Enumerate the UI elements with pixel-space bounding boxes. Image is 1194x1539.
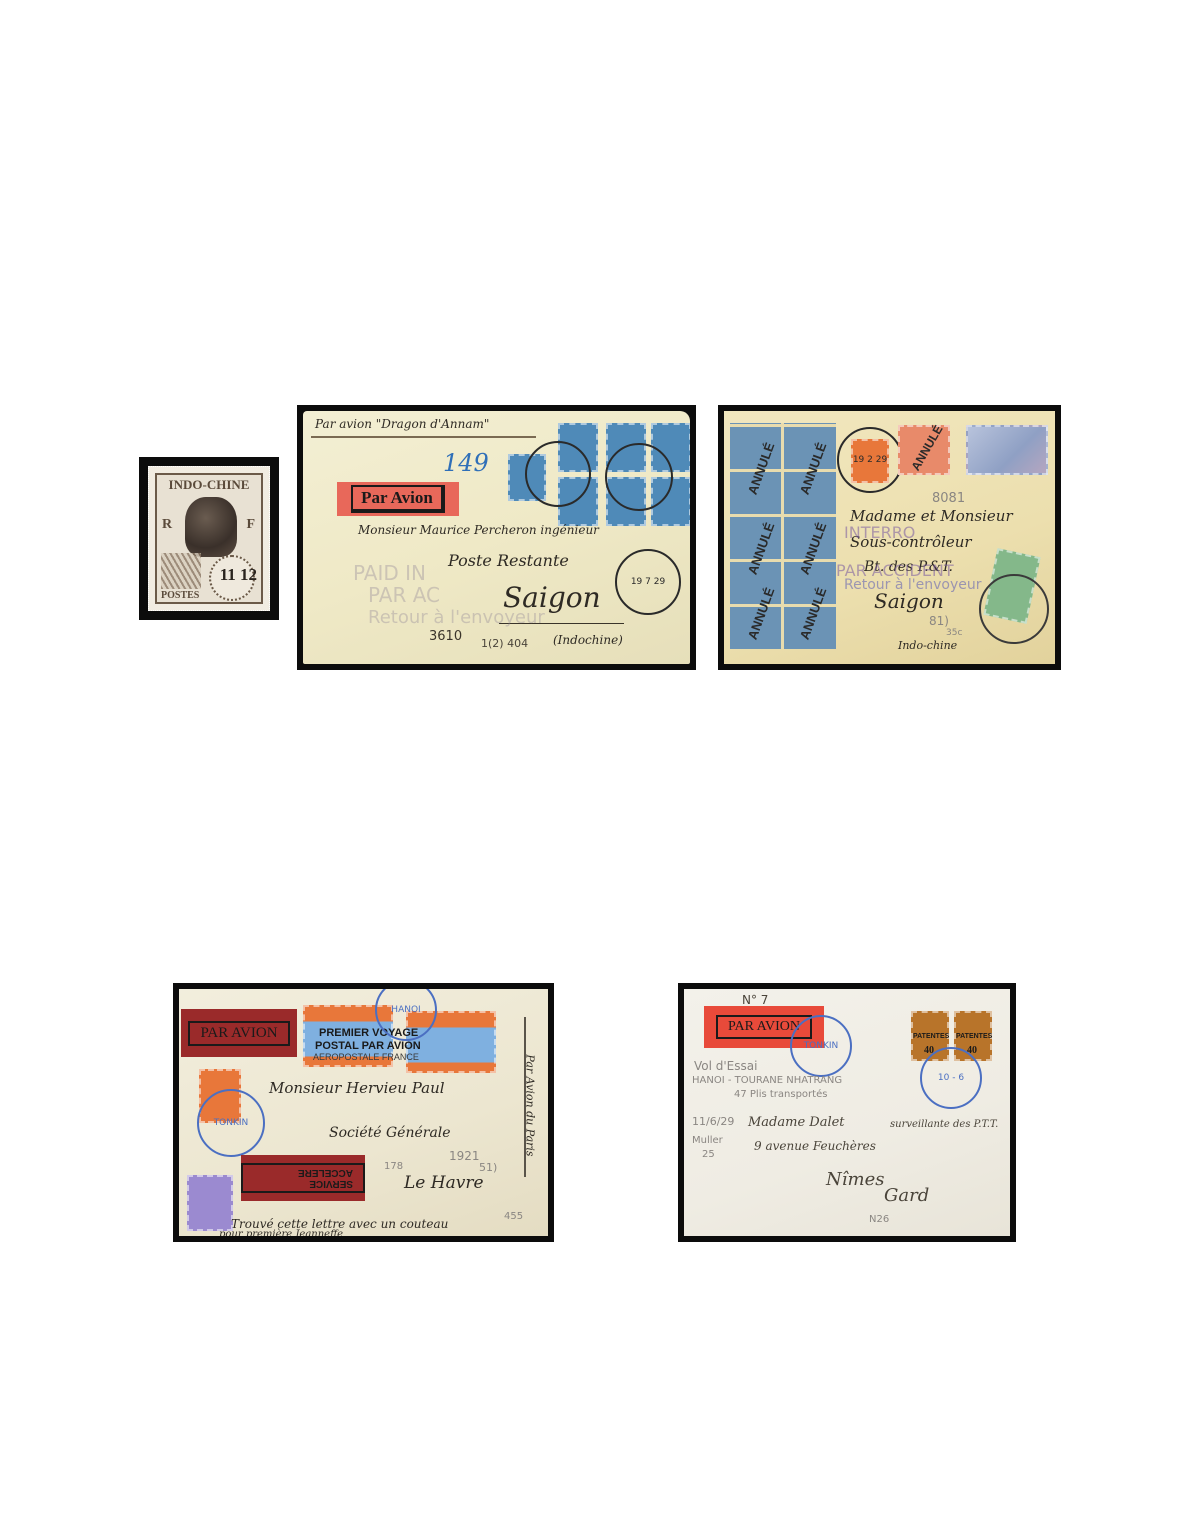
pencil-note-1: 81) bbox=[929, 614, 949, 628]
pencil-note-1: N26 bbox=[869, 1214, 889, 1225]
note-date: 11/6/29 bbox=[692, 1115, 734, 1128]
address-line-1: Monsieur Hervieu Paul bbox=[269, 1079, 445, 1097]
stamp-overprint-1: PATENTES bbox=[913, 1033, 949, 1040]
side-rule bbox=[524, 1017, 526, 1177]
address-line-1: Monsieur Maurice Percheron ingénieur bbox=[358, 523, 599, 537]
cachet-line-3: Retour à l'envoyeur bbox=[368, 607, 545, 628]
note-route: HANOI - TOURANE NHATRANG bbox=[692, 1075, 842, 1086]
stamp-foliage bbox=[161, 553, 201, 589]
postmark-hanoi-1: TONKIN bbox=[790, 1015, 852, 1077]
postmark-date: 10 - 6 bbox=[938, 1073, 964, 1083]
cover-vol-essai-image: N° 7 PAR AVION TONKIN PATENTES PATENTES … bbox=[678, 983, 1016, 1242]
address-line-2: Poste Restante bbox=[448, 551, 569, 570]
stamp-country: INDO-CHINE bbox=[157, 477, 261, 493]
postmark-region: TONKIN bbox=[804, 1041, 839, 1051]
pencil-note-2: 51) bbox=[479, 1161, 497, 1174]
cover-envelope: ANNULÉ ANNULÉ ANNULÉ ANNULÉ ANNULÉ ANNUL… bbox=[724, 411, 1055, 664]
address-line-3: Le Havre bbox=[404, 1173, 484, 1193]
postmark-tonkin: TONKIN bbox=[197, 1089, 265, 1157]
cachet-line-3: Retour à l'envoyeur bbox=[844, 577, 981, 593]
postmark-green bbox=[979, 574, 1049, 644]
postmark-date: 19 2 29 bbox=[853, 455, 887, 465]
service-accelere-text: SERVICE ACCELERE bbox=[241, 1163, 365, 1193]
postmark-city: HANOI bbox=[391, 1005, 420, 1015]
postmark-airmail: 19 2 29 bbox=[837, 427, 903, 493]
cover-premier-voyage-image: PAR AVION PREMIER VOYAGE POSTAL PAR AVIO… bbox=[173, 983, 554, 1242]
address-line-4: (Indochine) bbox=[553, 633, 623, 647]
postmark-date: 19 7 29 bbox=[631, 577, 665, 587]
address-line-3: 9 avenue Feuchères bbox=[754, 1139, 876, 1153]
pencil-note-1: 1921 bbox=[449, 1149, 480, 1163]
postmark-2 bbox=[605, 443, 673, 511]
postmark-1 bbox=[525, 441, 591, 507]
block-divider bbox=[781, 423, 784, 649]
par-avion-text: PAR AVION bbox=[188, 1021, 289, 1046]
cover-envelope: N° 7 PAR AVION TONKIN PATENTES PATENTES … bbox=[684, 989, 1010, 1236]
stamp-letter-f: F bbox=[246, 517, 255, 533]
cover-number: 149 bbox=[443, 449, 489, 477]
stamp-bottom-text: POSTES bbox=[161, 590, 199, 601]
address-line-2: surveillante des P.T.T. bbox=[890, 1119, 998, 1130]
postmark-3: 19 7 29 bbox=[615, 549, 681, 615]
cachet-line-1: PAID IN bbox=[353, 561, 426, 585]
cover-annule-image: ANNULÉ ANNULÉ ANNULÉ ANNULÉ ANNULÉ ANNUL… bbox=[718, 405, 1061, 670]
pencil-number: 8081 bbox=[932, 491, 965, 506]
address-line-5: Gard bbox=[884, 1185, 929, 1206]
address-line-1: Madame Dalet bbox=[748, 1115, 845, 1130]
note-vol-essai: Vol d'Essai bbox=[694, 1059, 757, 1073]
stamp-airplane-vignette bbox=[966, 425, 1048, 475]
note-pieces: 47 Plis transportés bbox=[734, 1089, 827, 1100]
pencil-note-4: 455 bbox=[504, 1211, 523, 1222]
stamp-portrait bbox=[185, 497, 237, 557]
note-muller: Muller bbox=[692, 1135, 723, 1146]
postmark-region: TONKIN bbox=[214, 1118, 249, 1128]
par-avion-text: Par Avion bbox=[351, 485, 445, 513]
address-line-5: Indo-chine bbox=[898, 639, 957, 652]
pencil-note-3: 178 bbox=[384, 1161, 403, 1172]
address-line-4: Nîmes bbox=[826, 1169, 884, 1190]
bottom-note-2: pour première Jeanneffe bbox=[219, 1229, 343, 1236]
overprint-line-3: AEROPOSTALE FRANCE bbox=[313, 1052, 419, 1062]
stamp-violet bbox=[187, 1175, 233, 1231]
pencil-note-1: 3610 bbox=[429, 629, 462, 644]
pencil-note-2: 35c bbox=[946, 628, 962, 638]
stamp-letter-r: R bbox=[162, 517, 172, 533]
cachet-line-1: INTERRO bbox=[844, 523, 915, 542]
postmark-hanoi-2: 10 - 6 bbox=[920, 1047, 982, 1109]
cover-envelope: PAR AVION PREMIER VOYAGE POSTAL PAR AVIO… bbox=[179, 989, 548, 1236]
cover-header-note: Par avion "Dragon d'Annam" bbox=[315, 417, 489, 431]
top-note: N° 7 bbox=[742, 993, 768, 1007]
par-avion-label: PAR AVION bbox=[181, 1009, 297, 1057]
header-underline bbox=[311, 436, 536, 438]
cover-envelope: Par avion "Dragon d'Annam" 149 Par Avion… bbox=[303, 411, 690, 664]
stamp-value: 11 12 bbox=[220, 565, 257, 585]
note-number: 25 bbox=[702, 1149, 715, 1160]
stamp-body: INDO-CHINE R F 11 12 POSTES bbox=[148, 466, 270, 611]
par-avion-label: Par Avion bbox=[337, 482, 459, 516]
stamp-overprint-2: PATENTES bbox=[956, 1033, 992, 1040]
overprint-line-2: POSTAL PAR AVION bbox=[315, 1040, 421, 1052]
stamp-indochine-image: INDO-CHINE R F 11 12 POSTES bbox=[139, 457, 279, 620]
service-accelere-label: SERVICE ACCELERE bbox=[241, 1155, 365, 1201]
pencil-note-2: 1(2) 404 bbox=[481, 637, 528, 650]
address-line-2: Société Générale bbox=[329, 1125, 451, 1141]
cachet-line-2: PAR AC bbox=[368, 583, 440, 607]
cover-dragon-annam-image: Par avion "Dragon d'Annam" 149 Par Avion… bbox=[297, 405, 696, 670]
